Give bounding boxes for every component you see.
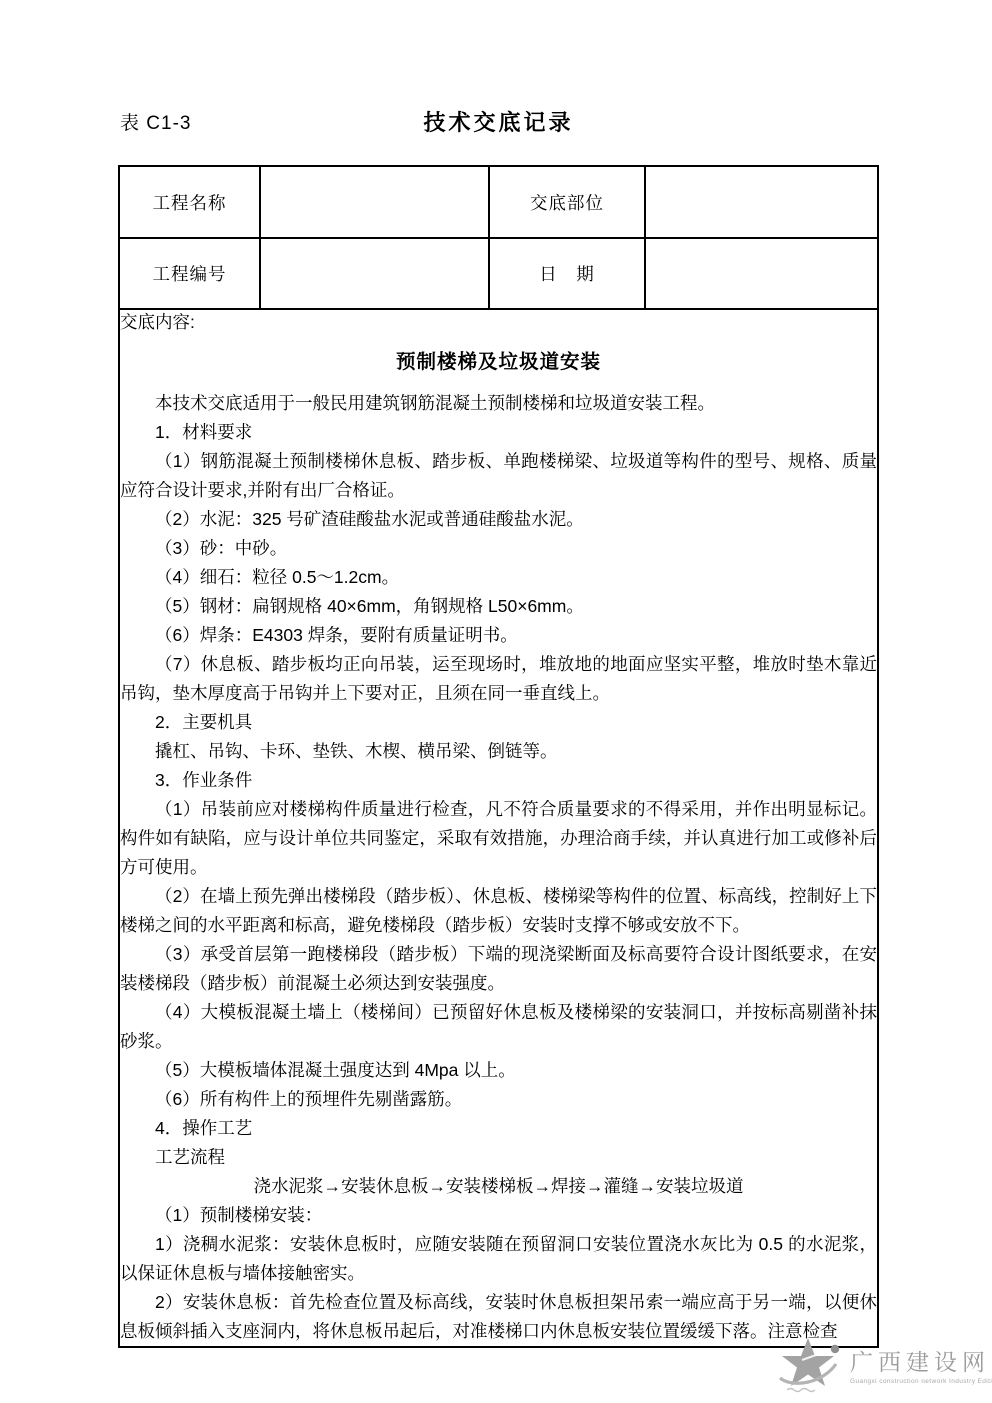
paragraph: （3）承受首层第一跑楼梯段（踏步板）下端的现浇梁断面及标高要符合设计图纸要求，在…: [120, 940, 877, 998]
document-page: 表 C1-3 技术交底记录 工程名称 交底部位 工程编号 日 期 交底内容: 预…: [0, 0, 992, 1403]
star-logo-icon: [772, 1336, 846, 1399]
paragraph: （7）休息板、踏步板均正向吊装，运至现场时，堆放地的地面应坚实平整，堆放时垫木靠…: [120, 650, 877, 708]
project-name-value: [260, 166, 489, 238]
paragraph: （4）细石：粒径 0.5～1.2cm。: [120, 563, 877, 592]
paragraph: （6）所有构件上的预埋件先剔凿露筋。: [120, 1085, 877, 1114]
content-body: 本技术交底适用于一般民用建筑钢筋混凝土预制楼梯和垃圾道安装工程。 1．材料要求 …: [120, 389, 877, 1346]
paragraph: （4）大模板混凝土墙上（楼梯间）已预留好休息板及楼梯梁的安装洞口，并按标高剔凿补…: [120, 998, 877, 1056]
doc-header: 表 C1-3 技术交底记录: [120, 106, 877, 138]
paragraph: （2）在墙上预先弹出楼梯段（踏步板）、休息板、楼梯梁等构件的位置、标高线，控制好…: [120, 882, 877, 940]
paragraph: 2）安装休息板：首先检查位置及标高线，安装时休息板担架吊索一端应高于另一端，以便…: [120, 1288, 877, 1346]
content-title: 预制楼梯及垃圾道安装: [120, 346, 877, 374]
paragraph: （5）钢材：扁钢规格 40×6mm，角钢规格 L50×6mm。: [120, 592, 877, 621]
paragraph: （2）水泥：325 号矿渣硅酸盐水泥或普通硅酸盐水泥。: [120, 505, 877, 534]
paragraph: 3．作业条件: [120, 766, 877, 795]
disclosure-part-label: 交底部位: [489, 166, 645, 238]
content-section-label: 交底内容:: [120, 310, 877, 334]
doc-title: 技术交底记录: [120, 106, 877, 137]
content-cell: 交底内容: 预制楼梯及垃圾道安装 本技术交底适用于一般民用建筑钢筋混凝土预制楼梯…: [119, 309, 878, 1347]
paragraph: （1）钢筋混凝土预制楼梯休息板、踏步板、单跑楼梯梁、垃圾道等构件的型号、规格、质…: [120, 447, 877, 505]
paragraph: （1）预制楼梯安装：: [120, 1201, 877, 1230]
paragraph: （3）砂：中砂。: [120, 534, 877, 563]
date-label: 日 期: [489, 238, 645, 309]
paragraph: 2．主要机具: [120, 708, 877, 737]
paragraph: （5）大模板墙体混凝土强度达到 4Mpa 以上。: [120, 1056, 877, 1085]
logo-caption: Guangxi construction network Industry Ed…: [850, 1378, 992, 1385]
paragraph: 工艺流程: [120, 1143, 877, 1172]
paragraph: 1．材料要求: [120, 418, 877, 447]
logo-site-name: 广西建设网: [850, 1349, 992, 1375]
process-flow-line: 浇水泥浆→安装休息板→安装楼梯板→焊接→灌缝→安装垃圾道: [120, 1172, 877, 1201]
table-row: 工程编号 日 期: [119, 238, 878, 309]
logo-text-block: 广西建设网 Guangxi construction network Indus…: [850, 1349, 992, 1385]
paragraph: 撬杠、吊钩、卡环、垫铁、木楔、横吊梁、倒链等。: [120, 737, 877, 766]
site-watermark: 广西建设网 Guangxi construction network Indus…: [772, 1336, 984, 1398]
paragraph: （6）焊条：E4303 焊条，要附有质量证明书。: [120, 621, 877, 650]
paragraph: 4．操作工艺: [120, 1114, 877, 1143]
project-number-label: 工程编号: [119, 238, 260, 309]
table-row: 工程名称 交底部位: [119, 166, 878, 238]
project-name-label: 工程名称: [119, 166, 260, 238]
info-table: 工程名称 交底部位 工程编号 日 期 交底内容: 预制楼梯及垃圾道安装 本技术交…: [118, 165, 879, 1348]
table-row: 交底内容: 预制楼梯及垃圾道安装 本技术交底适用于一般民用建筑钢筋混凝土预制楼梯…: [119, 309, 878, 1347]
disclosure-part-value: [645, 166, 878, 238]
paragraph: （1）吊装前应对楼梯构件质量进行检查，凡不符合质量要求的不得采用，并作出明显标记…: [120, 795, 877, 882]
paragraph: 本技术交底适用于一般民用建筑钢筋混凝土预制楼梯和垃圾道安装工程。: [120, 389, 877, 418]
date-value: [645, 238, 878, 309]
paragraph: 1）浇稠水泥浆：安装休息板时，应随安装随在预留洞口安装位置浇水灰比为 0.5 的…: [120, 1230, 877, 1288]
project-number-value: [260, 238, 489, 309]
